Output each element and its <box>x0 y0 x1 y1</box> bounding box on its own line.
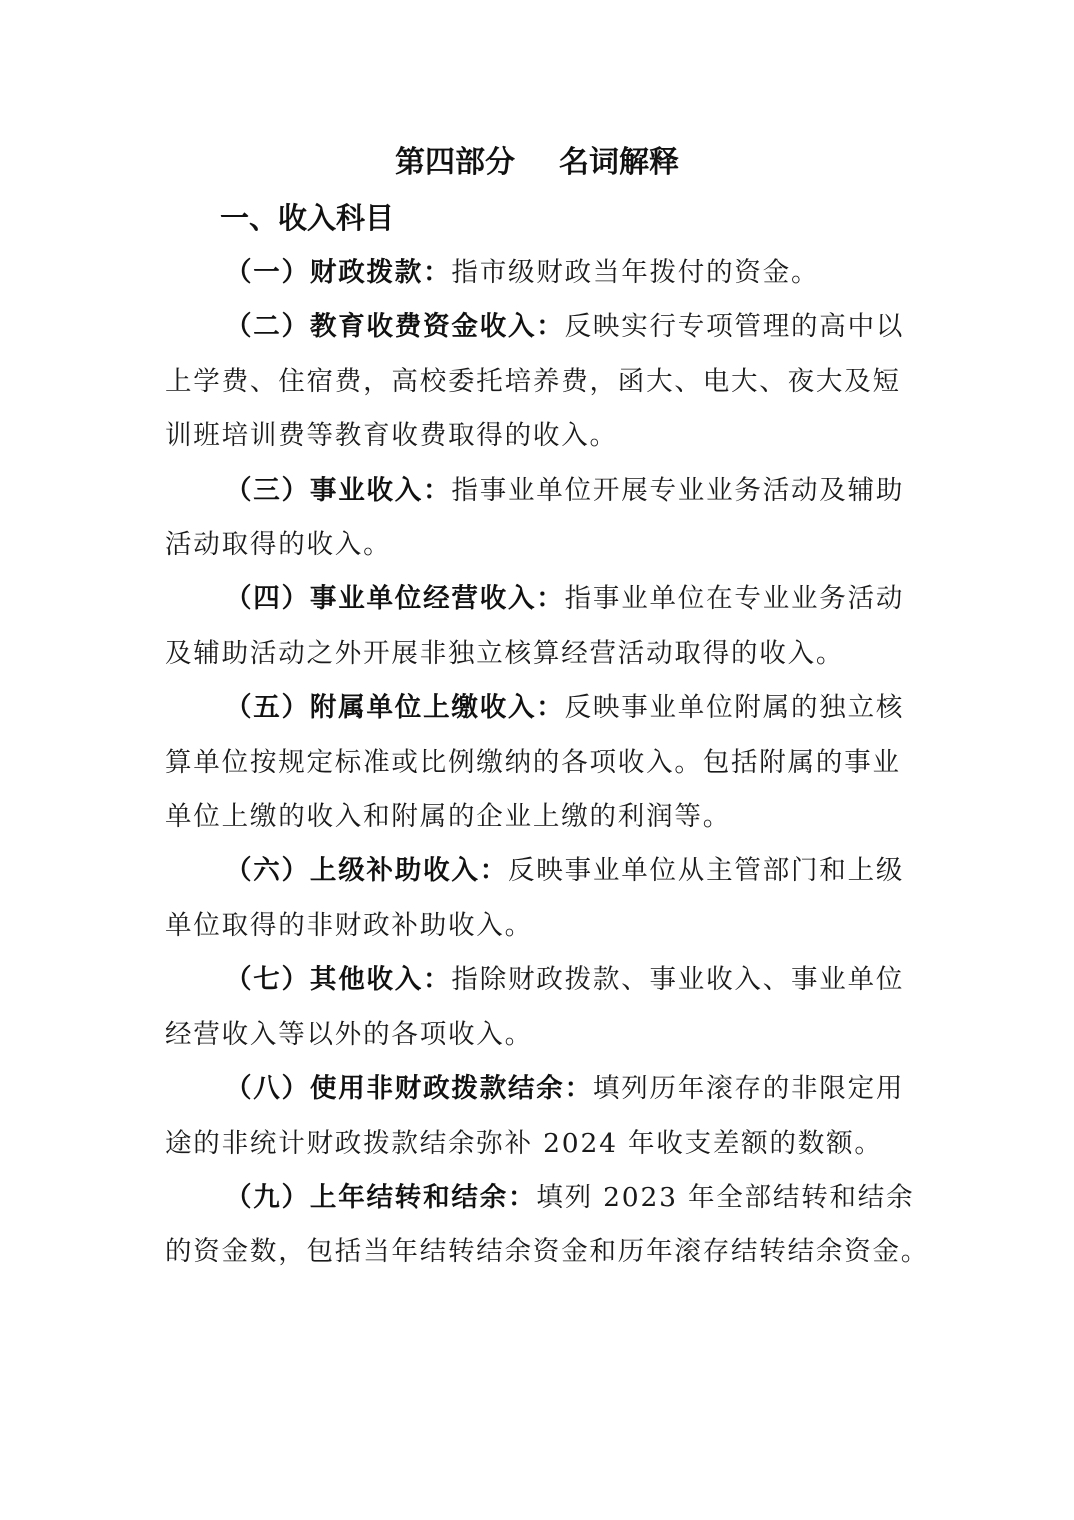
definition-line: 途的非统计财政拨款结余弥补 2024 年收支差额的数额。 <box>165 1117 925 1171</box>
definition-line: （五）附属单位上缴收入：反映事业单位附属的独立核 <box>165 681 925 735</box>
definition-text: 反映事业单位从主管部门和上级 <box>508 855 904 886</box>
definition-text: 指事业单位开展专业业务活动及辅助 <box>451 475 904 506</box>
definition-text: 指事业单位在专业业务活动 <box>565 583 905 614</box>
definition-line: （八）使用非财政拨款结余：填列历年滚存的非限定用 <box>165 1062 925 1116</box>
definition-text: 指市级财政当年拨付的资金。 <box>451 257 819 288</box>
definition-line: （一）财政拨款：指市级财政当年拨付的资金。 <box>165 246 925 300</box>
definition-line: 经营收入等以外的各项收入。 <box>165 1008 925 1062</box>
definition-item: （一）财政拨款：指市级财政当年拨付的资金。 <box>165 246 925 300</box>
definition-line: （九）上年结转和结余：填列 2023 年全部结转和结余 <box>165 1171 925 1225</box>
page-title: 第四部分名词解释 <box>0 140 1074 186</box>
definition-item: （三）事业收入：指事业单位开展专业业务活动及辅助 活动取得的收入。 <box>165 464 925 573</box>
document-page: 第四部分名词解释 一、收入科目 （一）财政拨款：指市级财政当年拨付的资金。 （二… <box>0 0 1074 1520</box>
definition-term: （三）事业收入： <box>225 475 451 506</box>
definition-line: 活动取得的收入。 <box>165 518 925 572</box>
title-name: 名词解释 <box>559 145 679 180</box>
definition-item: （七）其他收入：指除财政拨款、事业收入、事业单位 经营收入等以外的各项收入。 <box>165 953 925 1062</box>
definition-text: 反映事业单位附属的独立核 <box>565 692 905 723</box>
definition-term: （九）上年结转和结余： <box>225 1182 536 1213</box>
definition-text: 填列 2023 年全部结转和结余 <box>536 1182 914 1213</box>
definition-line: （二）教育收费资金收入：反映实行专项管理的高中以 <box>165 300 925 354</box>
definition-line: 算单位按规定标准或比例缴纳的各项收入。包括附属的事业 <box>165 736 925 790</box>
definition-term: （七）其他收入： <box>225 964 451 995</box>
definition-text: 反映实行专项管理的高中以 <box>565 311 905 342</box>
definition-term: （八）使用非财政拨款结余： <box>225 1073 593 1104</box>
definition-line: 上学费、住宿费，高校委托培养费，函大、电大、夜大及短 <box>165 355 925 409</box>
definition-item: （二）教育收费资金收入：反映实行专项管理的高中以 上学费、住宿费，高校委托培养费… <box>165 300 925 463</box>
definitions-body: （一）财政拨款：指市级财政当年拨付的资金。 （二）教育收费资金收入：反映实行专项… <box>165 246 925 1280</box>
definition-term: （一）财政拨款： <box>225 257 451 288</box>
definition-line: （七）其他收入：指除财政拨款、事业收入、事业单位 <box>165 953 925 1007</box>
definition-line: （三）事业收入：指事业单位开展专业业务活动及辅助 <box>165 464 925 518</box>
definition-term: （五）附属单位上缴收入： <box>225 692 565 723</box>
definition-item: （四）事业单位经营收入：指事业单位在专业业务活动 及辅助活动之外开展非独立核算经… <box>165 572 925 681</box>
title-part: 第四部分 <box>395 145 515 180</box>
definition-line: 单位取得的非财政补助收入。 <box>165 899 925 953</box>
definition-item: （五）附属单位上缴收入：反映事业单位附属的独立核 算单位按规定标准或比例缴纳的各… <box>165 681 925 844</box>
definition-line: （六）上级补助收入：反映事业单位从主管部门和上级 <box>165 844 925 898</box>
definition-line: （四）事业单位经营收入：指事业单位在专业业务活动 <box>165 572 925 626</box>
definition-item: （六）上级补助收入：反映事业单位从主管部门和上级 单位取得的非财政补助收入。 <box>165 844 925 953</box>
section-heading: 一、收入科目 <box>220 196 394 240</box>
definition-line: 的资金数，包括当年结转结余资金和历年滚存结转结余资金。 <box>165 1225 925 1279</box>
definition-term: （二）教育收费资金收入： <box>225 311 565 342</box>
definition-line: 及辅助活动之外开展非独立核算经营活动取得的收入。 <box>165 627 925 681</box>
definition-line: 单位上缴的收入和附属的企业上缴的利润等。 <box>165 790 925 844</box>
definition-line: 训班培训费等教育收费取得的收入。 <box>165 409 925 463</box>
definition-text: 填列历年滚存的非限定用 <box>593 1073 904 1104</box>
definition-item: （九）上年结转和结余：填列 2023 年全部结转和结余 的资金数，包括当年结转结… <box>165 1171 925 1280</box>
definition-text: 指除财政拨款、事业收入、事业单位 <box>451 964 904 995</box>
definition-term: （四）事业单位经营收入： <box>225 583 565 614</box>
definition-item: （八）使用非财政拨款结余：填列历年滚存的非限定用 途的非统计财政拨款结余弥补 2… <box>165 1062 925 1171</box>
definition-term: （六）上级补助收入： <box>225 855 508 886</box>
